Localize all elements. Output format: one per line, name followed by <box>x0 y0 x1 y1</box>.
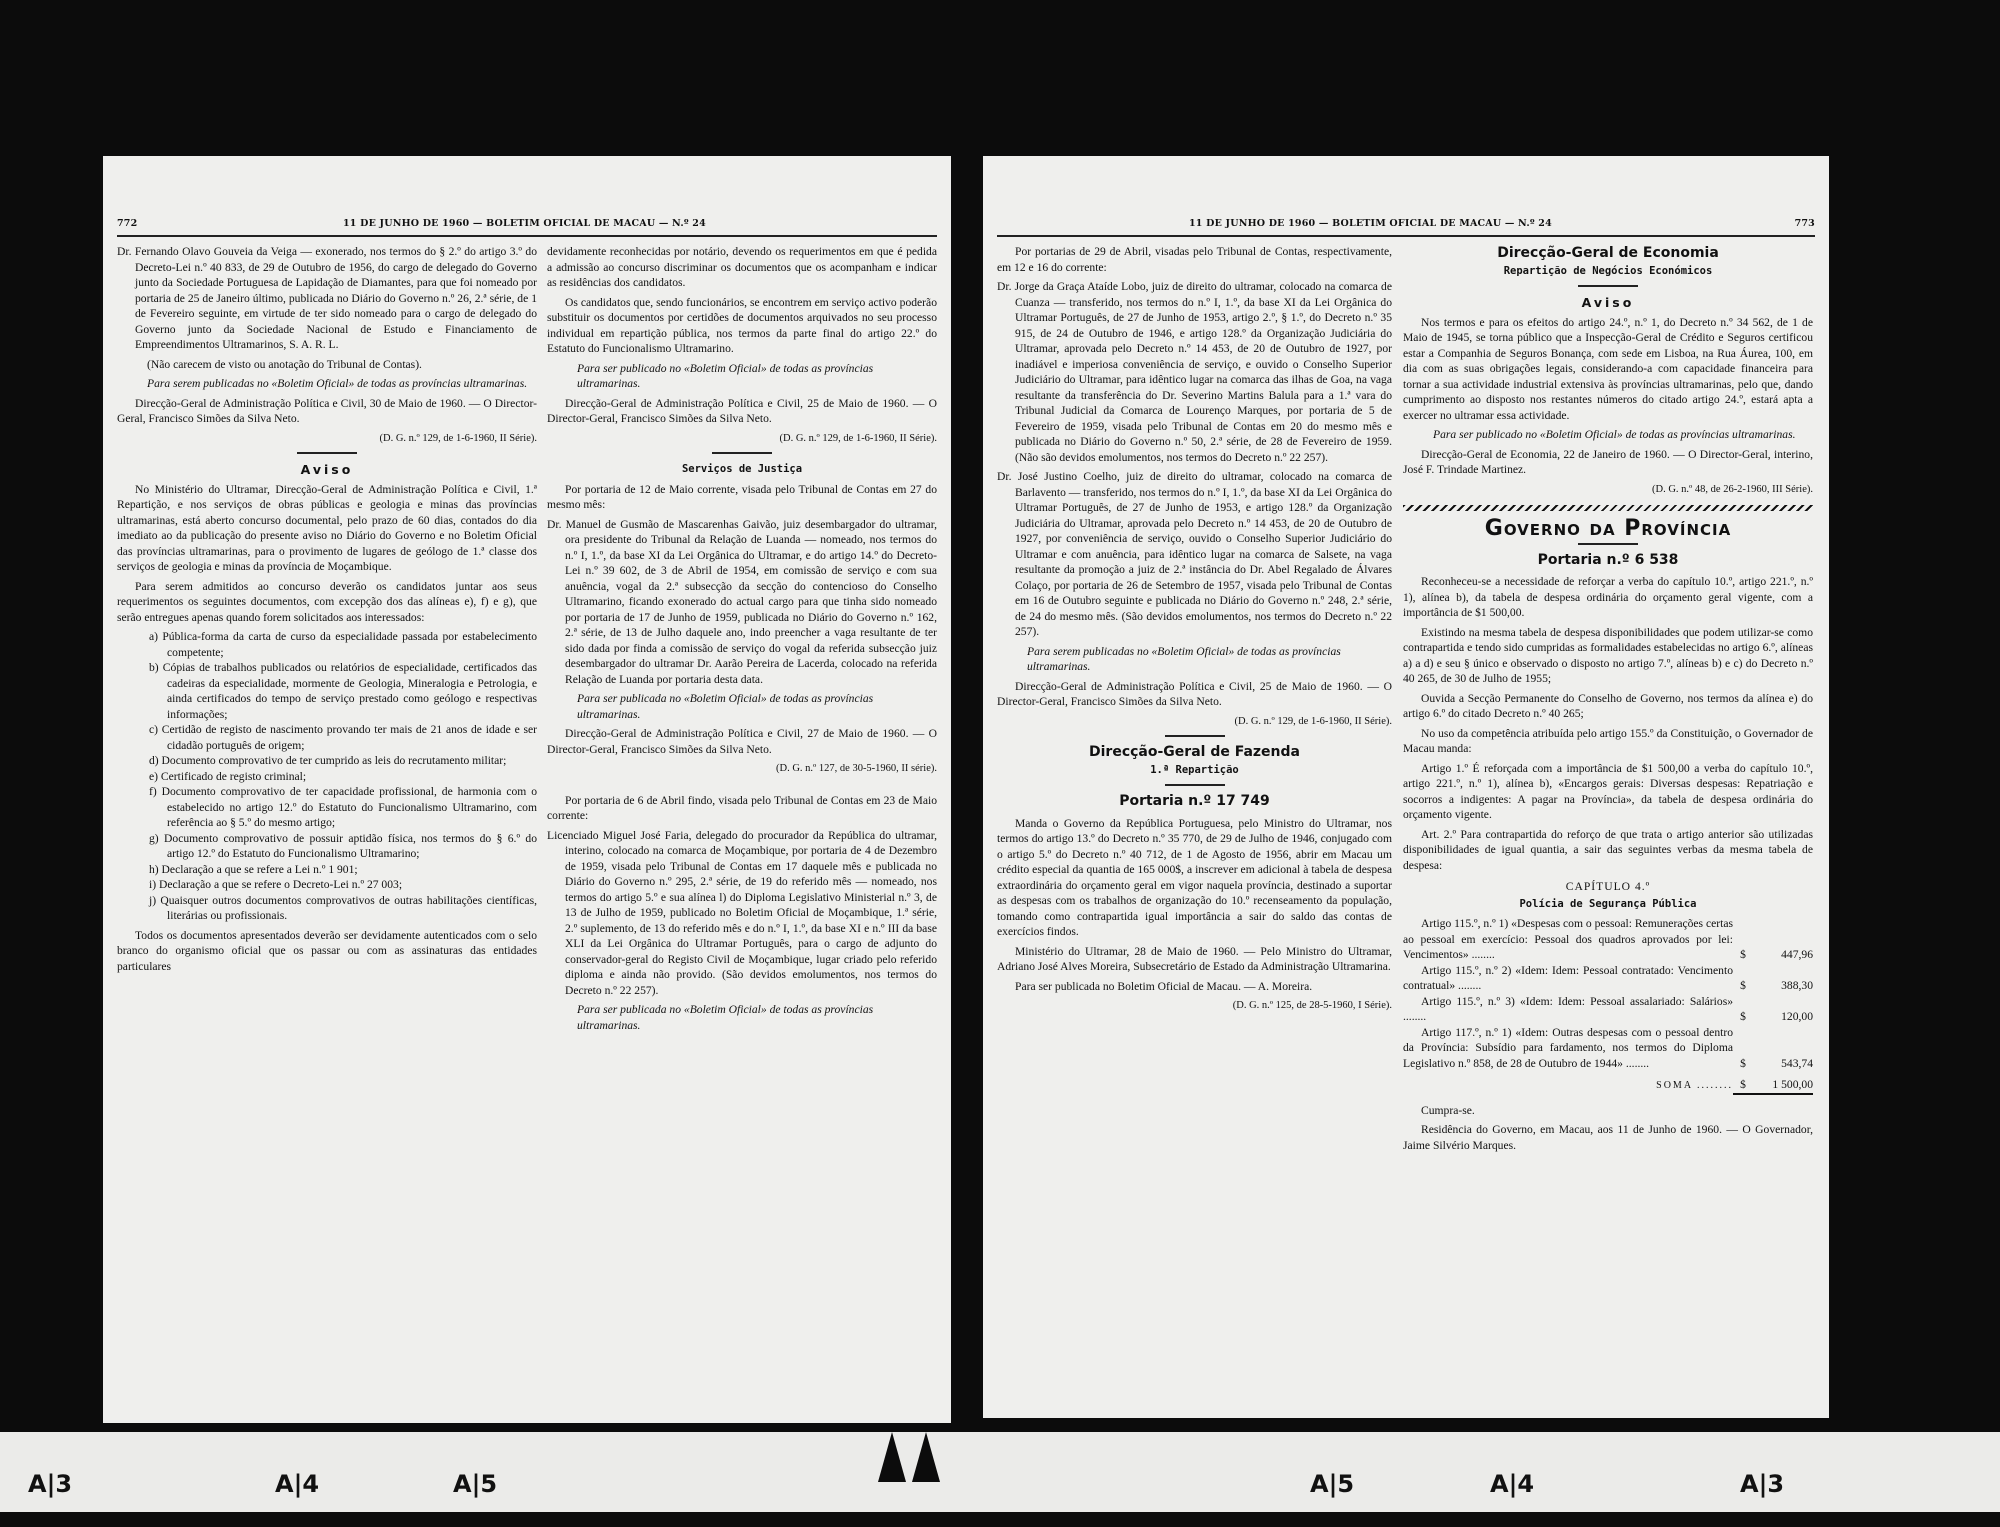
film-marker: A|3 <box>28 1470 72 1498</box>
separator <box>297 452 357 454</box>
film-bottom-band <box>0 1512 2000 1527</box>
table-row: Artigo 115.º, n.º 1) «Despesas com o pes… <box>1403 916 1813 963</box>
table-row: Artigo 115.º, n.º 2) «Idem: Idem: Pessoa… <box>1403 963 1813 994</box>
ledger-currency: $ <box>1733 963 1753 994</box>
table-row: Artigo 115.º, n.º 3) «Idem: Idem: Pessoa… <box>1403 994 1813 1025</box>
right-header-rule <box>997 235 1815 237</box>
paragraph: No uso da competência atribuída pelo art… <box>1403 726 1813 757</box>
list-item: c) Certidão de registo de nascimento pro… <box>131 722 537 753</box>
film-notch <box>912 1432 940 1482</box>
binding-gutter <box>951 156 983 1431</box>
paragraph: Art. 2.º Para contrapartida do reforço d… <box>1403 827 1813 874</box>
section-heading-economia: Direcção-Geral de Economia <box>1403 246 1813 262</box>
ledger-currency: $ <box>1733 994 1753 1025</box>
ledger-amount: 447,96 <box>1753 916 1813 963</box>
signature-paragraph: Direcção-Geral de Administração Política… <box>997 679 1392 710</box>
signature-paragraph: Direcção-Geral de Administração Política… <box>547 726 937 757</box>
right-column-1: Por portarias de 29 de Abril, visadas pe… <box>997 244 1392 1018</box>
paragraph: Dr. Fernando Olavo Gouveia da Veiga — ex… <box>117 244 537 353</box>
paragraph: Reconheceu-se a necessidade de reforçar … <box>1403 574 1813 621</box>
ledger-total-amount: 1 500,00 <box>1753 1071 1813 1094</box>
ledger-total-label: SOMA ........ <box>1403 1071 1733 1094</box>
paragraph: Nos termos e para os efeitos do artigo 2… <box>1403 315 1813 424</box>
separator <box>712 452 772 454</box>
left-header-rule <box>117 235 937 237</box>
film-marker: A|5 <box>453 1470 497 1498</box>
expense-ledger: Artigo 115.º, n.º 1) «Despesas com o pes… <box>1403 916 1813 1095</box>
requirements-list: a) Pública-forma da carta de curso da es… <box>117 629 537 924</box>
section-heading-aviso: Aviso <box>117 462 537 478</box>
left-column-2: devidamente reconhecidas por notário, de… <box>547 244 937 1037</box>
ledger-desc: Artigo 115.º, n.º 2) «Idem: Idem: Pessoa… <box>1403 963 1733 994</box>
chapter-subheading: Polícia de Segurança Pública <box>1403 897 1813 913</box>
paragraph: Existindo na mesma tabela de despesa dis… <box>1403 625 1813 687</box>
right-running-title: 11 DE JUNHO DE 1960 — BOLETIM OFICIAL DE… <box>1189 218 1552 229</box>
signature-paragraph: Direcção-Geral de Administração Política… <box>117 396 537 427</box>
film-marker: A|5 <box>1310 1470 1354 1498</box>
separator <box>1165 735 1225 737</box>
paragraph: No Ministério do Ultramar, Direcção-Gera… <box>117 482 537 575</box>
paragraph: Ouvida a Secção Permanente do Conselho d… <box>1403 691 1813 722</box>
film-notch <box>878 1432 906 1482</box>
section-subheading: 1.ª Repartição <box>997 763 1392 779</box>
separator <box>1578 543 1638 545</box>
section-heading-aviso: Aviso <box>1403 295 1813 311</box>
signature-paragraph: Direcção-Geral de Economia, 22 de Janeir… <box>1403 447 1813 478</box>
left-column-1: Dr. Fernando Olavo Gouveia da Veiga — ex… <box>117 244 537 978</box>
list-item: h) Declaração a que se refere a Lei n.º … <box>131 862 537 878</box>
film-marker: A|3 <box>1740 1470 1784 1498</box>
left-page-number: 772 <box>117 218 137 229</box>
paragraph: Todos os documentos apresentados deverão… <box>117 928 537 975</box>
section-heading-fazenda: Direcção-Geral de Fazenda <box>997 745 1392 761</box>
paragraph: Dr. José Justino Coelho, juiz de direito… <box>997 469 1392 640</box>
publication-note: Para ser publicado no «Boletim Oficial» … <box>547 361 937 392</box>
list-item: a) Pública-forma da carta de curso da es… <box>131 629 537 660</box>
section-subheading: Repartição de Negócios Económicos <box>1403 264 1813 280</box>
paragraph: Os candidatos que, sendo funcionários, s… <box>547 295 937 357</box>
ledger-desc: Artigo 115.º, n.º 1) «Despesas com o pes… <box>1403 916 1733 963</box>
reference: (D. G. n.º 129, de 1-6-1960, II Série). <box>117 431 537 447</box>
reference: (D. G. n.º 129, de 1-6-1960, II Série). <box>997 714 1392 730</box>
right-running-head: 11 DE JUNHO DE 1960 — BOLETIM OFICIAL DE… <box>983 218 1829 236</box>
paragraph: Cumpra-se. <box>1403 1103 1813 1119</box>
left-running-title: 11 DE JUNHO DE 1960 — BOLETIM OFICIAL DE… <box>343 218 706 229</box>
paragraph: Para serem admitidos ao concurso deverão… <box>117 579 537 626</box>
portaria-title: Portaria n.º 6 538 <box>1403 553 1813 569</box>
publication-note: Para serem publicadas no «Boletim Oficia… <box>997 644 1392 675</box>
paragraph: Por portaria de 12 de Maio corrente, vis… <box>547 482 937 513</box>
left-page: 772 11 DE JUNHO DE 1960 — BOLETIM OFICIA… <box>103 156 951 1423</box>
list-item: i) Declaração a que se refere o Decreto-… <box>131 877 537 893</box>
ledger-desc: Artigo 117.º, n.º 1) «Idem: Outras despe… <box>1403 1025 1733 1072</box>
ledger-amount: 543,74 <box>1753 1025 1813 1072</box>
publication-note: Para serem publicadas no «Boletim Oficia… <box>117 376 537 392</box>
paragraph: Licenciado Miguel José Faria, delegado d… <box>547 828 937 999</box>
reference: (D. G. n.º 127, de 30-5-1960, II série). <box>547 761 937 777</box>
ledger-amount: 388,30 <box>1753 963 1813 994</box>
right-page-number: 773 <box>1795 218 1815 229</box>
film-marker: A|4 <box>275 1470 319 1498</box>
film-marker-strip: A|3 A|4 A|5 A|5 A|4 A|3 <box>0 1432 2000 1512</box>
list-item: j) Quaisquer outros documentos comprovat… <box>131 893 537 924</box>
paragraph: Artigo 1.º É reforçada com a importância… <box>1403 761 1813 823</box>
paragraph: Por portaria de 6 de Abril findo, visada… <box>547 793 937 824</box>
table-total-row: SOMA ........ $ 1 500,00 <box>1403 1071 1813 1094</box>
publication-note: Para ser publicado no «Boletim Oficial» … <box>1403 427 1813 443</box>
ornamental-divider <box>1403 505 1813 511</box>
signature-paragraph: Residência do Governo, em Macau, aos 11 … <box>1403 1122 1813 1153</box>
list-item: e) Certificado de registo criminal; <box>131 769 537 785</box>
section-heading-justica: Serviços de Justiça <box>547 462 937 478</box>
reference: (D. G. n.º 125, de 28-5-1960, I Série). <box>997 998 1392 1014</box>
paragraph: Dr. Jorge da Graça Ataíde Lobo, juiz de … <box>997 279 1392 465</box>
paragraph: devidamente reconhecidas por notário, de… <box>547 244 937 291</box>
list-item: b) Cópias de trabalhos publicados ou rel… <box>131 660 537 722</box>
table-row: Artigo 117.º, n.º 1) «Idem: Outras despe… <box>1403 1025 1813 1072</box>
ledger-desc: Artigo 115.º, n.º 3) «Idem: Idem: Pessoa… <box>1403 994 1733 1025</box>
ledger-currency: $ <box>1733 916 1753 963</box>
reference: (D. G. n.º 129, de 1-6-1960, II Série). <box>547 431 937 447</box>
chapter-heading: CAPÍTULO 4.º <box>1403 879 1813 895</box>
portaria-title: Portaria n.º 17 749 <box>997 794 1392 810</box>
reference: (D. G. n.º 48, de 26-2-1960, III Série). <box>1403 482 1813 498</box>
publication-note: Para ser publicada no «Boletim Oficial» … <box>547 1002 937 1033</box>
separator <box>1165 784 1225 786</box>
paragraph: Manda o Governo da República Portuguesa,… <box>997 816 1392 940</box>
ledger-total-currency: $ <box>1733 1071 1753 1094</box>
ledger-currency: $ <box>1733 1025 1753 1072</box>
paragraph: Ministério do Ultramar, 28 de Maio de 19… <box>997 944 1392 975</box>
separator <box>1578 285 1638 287</box>
right-column-2: Direcção-Geral de Economia Repartição de… <box>1403 244 1813 1157</box>
signature-paragraph: Direcção-Geral de Administração Política… <box>547 396 937 427</box>
right-page: 11 DE JUNHO DE 1960 — BOLETIM OFICIAL DE… <box>983 156 1829 1418</box>
film-marker: A|4 <box>1490 1470 1534 1498</box>
paragraph: (Não carecem de visto ou anotação do Tri… <box>117 357 537 373</box>
list-item: f) Documento comprovativo de ter capacid… <box>131 784 537 831</box>
list-item: g) Documento comprovativo de possuir apt… <box>131 831 537 862</box>
ledger-amount: 120,00 <box>1753 994 1813 1025</box>
publication-note: Para ser publicada no «Boletim Oficial» … <box>547 691 937 722</box>
paragraph: Por portarias de 29 de Abril, visadas pe… <box>997 244 1392 275</box>
governo-heading: Governo da Província <box>1403 521 1813 537</box>
paragraph: Para ser publicada no Boletim Oficial de… <box>997 979 1392 995</box>
left-running-head: 772 11 DE JUNHO DE 1960 — BOLETIM OFICIA… <box>103 218 951 236</box>
paragraph: Dr. Manuel de Gusmão de Mascarenhas Gaiv… <box>547 517 937 688</box>
spacer <box>712 783 772 785</box>
list-item: d) Documento comprovativo de ter cumprid… <box>131 753 537 769</box>
